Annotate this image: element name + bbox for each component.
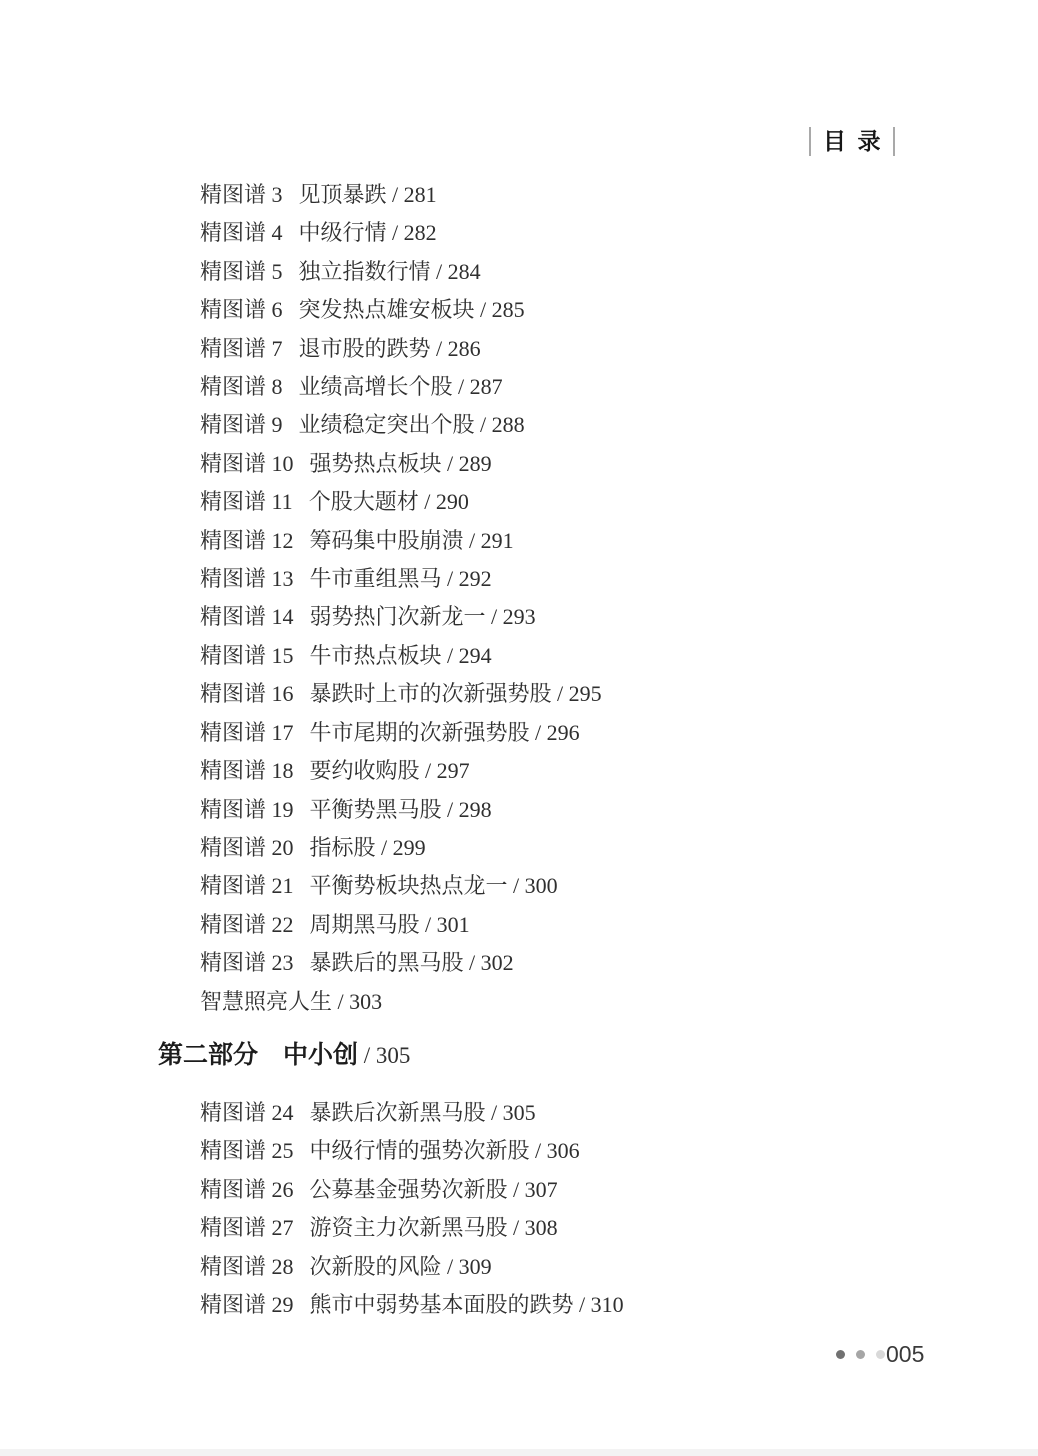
toc-entry-separator: / xyxy=(442,451,459,476)
toc-entry-label: 精图谱 27 xyxy=(200,1215,294,1240)
toc-entry-title: 游资主力次新黑马股 xyxy=(310,1215,508,1240)
toc-entry-page: 299 xyxy=(393,835,426,860)
toc-entry-label: 精图谱 6 xyxy=(200,297,283,322)
toc-entry-page: 289 xyxy=(459,451,492,476)
toc-entry-title: 周期黑马股 xyxy=(310,912,420,937)
toc-entry-title: 强势热点板块 xyxy=(310,451,442,476)
toc-entry-title: 业绩高增长个股 xyxy=(299,374,453,399)
toc-entry-separator: / xyxy=(420,912,437,937)
toc-entry: 精图谱 3见顶暴跌 / 281 xyxy=(200,176,602,214)
toc-entry-page: 294 xyxy=(459,643,492,668)
toc-entry-page: 306 xyxy=(547,1138,580,1163)
toc-entry-title: 中级行情的强势次新股 xyxy=(310,1138,530,1163)
toc-entry-title: 业绩稳定突出个股 xyxy=(299,412,475,437)
toc-entry-label: 精图谱 18 xyxy=(200,758,294,783)
toc-entry-page: 307 xyxy=(525,1177,558,1202)
toc-entry-separator: / xyxy=(464,950,481,975)
toc-entry-title: 公募基金强势次新股 xyxy=(310,1177,508,1202)
progress-dot-icon xyxy=(856,1350,865,1359)
toc-entry-page: 281 xyxy=(404,182,437,207)
toc-entry-page: 302 xyxy=(481,950,514,975)
toc-entry: 精图谱 13牛市重组黑马 / 292 xyxy=(200,560,602,598)
toc-entry: 精图谱 24暴跌后次新黑马股 / 305 xyxy=(200,1094,624,1132)
section2-label: 第二部分 xyxy=(158,1041,258,1069)
toc-entry-separator: / xyxy=(387,182,404,207)
toc-entry-page: 286 xyxy=(448,336,481,361)
toc-entry-title: 智慧照亮人生 xyxy=(200,989,332,1014)
toc-entry: 精图谱 19平衡势黑马股 / 298 xyxy=(200,791,602,829)
toc-entry-label: 精图谱 29 xyxy=(200,1292,294,1317)
folio-page-number: 005 xyxy=(886,1343,924,1366)
toc-entry-page: 310 xyxy=(591,1292,624,1317)
toc-entry-page: 287 xyxy=(470,374,503,399)
toc-entry-page: 285 xyxy=(492,297,525,322)
toc-entry-label: 精图谱 26 xyxy=(200,1177,294,1202)
page-bottom-edge xyxy=(0,1449,1038,1456)
toc-entry-label: 精图谱 12 xyxy=(200,528,294,553)
toc-entry-title: 指标股 xyxy=(310,835,376,860)
toc-entry-label: 精图谱 14 xyxy=(200,604,294,629)
section2-title: 中小创 xyxy=(283,1041,358,1069)
toc-entry: 精图谱 14弱势热门次新龙一 / 293 xyxy=(200,598,602,636)
toc-entry: 精图谱 26公募基金强势次新股 / 307 xyxy=(200,1171,624,1209)
toc-entry-label: 精图谱 23 xyxy=(200,950,294,975)
toc-entry: 精图谱 22周期黑马股 / 301 xyxy=(200,906,602,944)
toc-entry-page: 292 xyxy=(459,566,492,591)
toc-entry-label: 精图谱 21 xyxy=(200,873,294,898)
section2-header: 第二部分中小创 / 305 xyxy=(158,1040,410,1071)
toc-entry-label: 精图谱 8 xyxy=(200,374,283,399)
toc-entry-label: 精图谱 11 xyxy=(200,489,293,514)
toc-entry-separator: / xyxy=(486,1100,503,1125)
toc-entry-title: 独立指数行情 xyxy=(299,259,431,284)
toc-entry-label: 精图谱 24 xyxy=(200,1100,294,1125)
toc-entry-separator: / xyxy=(376,835,393,860)
toc-entry-title: 个股大题材 xyxy=(309,489,419,514)
toc-entry: 精图谱 7退市股的跌势 / 286 xyxy=(200,330,602,368)
toc-entry-label: 精图谱 5 xyxy=(200,259,283,284)
toc-entry: 智慧照亮人生 / 303 xyxy=(200,983,602,1021)
toc-entry-separator: / xyxy=(530,1138,547,1163)
toc-entry: 精图谱 11个股大题材 / 290 xyxy=(200,483,602,521)
running-head-title: 目 录 xyxy=(823,130,881,153)
toc-entry: 精图谱 28次新股的风险 / 309 xyxy=(200,1248,624,1286)
toc-entry-label: 精图谱 9 xyxy=(200,412,283,437)
toc-entry: 精图谱 27游资主力次新黑马股 / 308 xyxy=(200,1209,624,1247)
toc-entry-separator: / xyxy=(332,989,349,1014)
toc-entry-label: 精图谱 10 xyxy=(200,451,294,476)
toc-entry: 精图谱 16暴跌时上市的次新强势股 / 295 xyxy=(200,675,602,713)
toc-entry-title: 中级行情 xyxy=(299,220,387,245)
toc-entry-title: 筹码集中股崩溃 xyxy=(310,528,464,553)
progress-dot-icon xyxy=(876,1350,885,1359)
toc-part1-list: 精图谱 3见顶暴跌 / 281精图谱 4中级行情 / 282精图谱 5独立指数行… xyxy=(200,176,602,1021)
toc-entry-page: 293 xyxy=(503,604,536,629)
running-head: 目 录 xyxy=(809,127,895,156)
toc-entry-separator: / xyxy=(552,681,569,706)
toc-entry-separator: / xyxy=(442,797,459,822)
toc-entry-title: 要约收购股 xyxy=(310,758,420,783)
toc-entry-separator: / xyxy=(431,259,448,284)
toc-entry: 精图谱 6突发热点雄安板块 / 285 xyxy=(200,291,602,329)
toc-entry-title: 牛市重组黑马 xyxy=(310,566,442,591)
toc-entry-separator: / xyxy=(464,528,481,553)
toc-entry-title: 次新股的风险 xyxy=(310,1254,442,1279)
toc-entry-separator: / xyxy=(486,604,503,629)
toc-entry-label: 精图谱 17 xyxy=(200,720,294,745)
toc-entry-label: 精图谱 22 xyxy=(200,912,294,937)
toc-entry-page: 290 xyxy=(436,489,469,514)
toc-entry-separator: / xyxy=(508,1215,525,1240)
toc-entry-title: 牛市热点板块 xyxy=(310,643,442,668)
toc-entry-title: 突发热点雄安板块 xyxy=(299,297,475,322)
toc-entry-label: 精图谱 15 xyxy=(200,643,294,668)
toc-entry: 精图谱 8业绩高增长个股 / 287 xyxy=(200,368,602,406)
toc-entry-separator: / xyxy=(574,1292,591,1317)
toc-entry-separator: / xyxy=(508,873,525,898)
toc-entry-label: 精图谱 19 xyxy=(200,797,294,822)
toc-entry: 精图谱 9业绩稳定突出个股 / 288 xyxy=(200,406,602,444)
toc-entry-page: 300 xyxy=(525,873,558,898)
toc-entry: 精图谱 23暴跌后的黑马股 / 302 xyxy=(200,944,602,982)
toc-entry: 精图谱 12筹码集中股崩溃 / 291 xyxy=(200,522,602,560)
toc-entry-title: 退市股的跌势 xyxy=(299,336,431,361)
toc-entry-separator: / xyxy=(530,720,547,745)
section2-page: / 305 xyxy=(358,1043,410,1068)
toc-entry-page: 291 xyxy=(481,528,514,553)
toc-entry-separator: / xyxy=(453,374,470,399)
toc-entry-label: 精图谱 25 xyxy=(200,1138,294,1163)
toc-entry-separator: / xyxy=(431,336,448,361)
toc-entry-page: 305 xyxy=(503,1100,536,1125)
toc-entry-label: 精图谱 3 xyxy=(200,182,283,207)
toc-entry-separator: / xyxy=(420,758,437,783)
toc-entry-page: 308 xyxy=(525,1215,558,1240)
footer-progress-dots xyxy=(836,1350,885,1359)
toc-entry-page: 284 xyxy=(448,259,481,284)
toc-entry: 精图谱 17牛市尾期的次新强势股 / 296 xyxy=(200,714,602,752)
toc-entry-page: 296 xyxy=(547,720,580,745)
toc-entry-title: 见顶暴跌 xyxy=(299,182,387,207)
toc-entry-separator: / xyxy=(508,1177,525,1202)
toc-entry: 精图谱 21平衡势板块热点龙一 / 300 xyxy=(200,867,602,905)
toc-entry-separator: / xyxy=(442,566,459,591)
toc-entry-page: 295 xyxy=(569,681,602,706)
toc-entry-title: 弱势热门次新龙一 xyxy=(310,604,486,629)
toc-entry-title: 熊市中弱势基本面股的跌势 xyxy=(310,1292,574,1317)
toc-entry: 精图谱 5独立指数行情 / 284 xyxy=(200,253,602,291)
toc-entry-label: 精图谱 16 xyxy=(200,681,294,706)
toc-entry: 精图谱 25中级行情的强势次新股 / 306 xyxy=(200,1132,624,1170)
toc-entry-separator: / xyxy=(442,643,459,668)
toc-entry-page: 297 xyxy=(437,758,470,783)
toc-entry-title: 暴跌后的黑马股 xyxy=(310,950,464,975)
toc-entry-separator: / xyxy=(475,297,492,322)
toc-entry-separator: / xyxy=(387,220,404,245)
toc-entry-label: 精图谱 13 xyxy=(200,566,294,591)
toc-entry-page: 301 xyxy=(437,912,470,937)
toc-entry-title: 暴跌时上市的次新强势股 xyxy=(310,681,552,706)
toc-entry: 精图谱 20指标股 / 299 xyxy=(200,829,602,867)
toc-entry-page: 309 xyxy=(459,1254,492,1279)
toc-entry: 精图谱 18要约收购股 / 297 xyxy=(200,752,602,790)
toc-entry-page: 303 xyxy=(349,989,382,1014)
toc-entry-separator: / xyxy=(475,412,492,437)
toc-entry-page: 298 xyxy=(459,797,492,822)
toc-entry-separator: / xyxy=(442,1254,459,1279)
toc-entry: 精图谱 4中级行情 / 282 xyxy=(200,214,602,252)
toc-entry-title: 暴跌后次新黑马股 xyxy=(310,1100,486,1125)
toc-entry: 精图谱 15牛市热点板块 / 294 xyxy=(200,637,602,675)
toc-entry-label: 精图谱 7 xyxy=(200,336,283,361)
toc-entry-page: 288 xyxy=(492,412,525,437)
toc-entry-label: 精图谱 4 xyxy=(200,220,283,245)
toc-entry-title: 平衡势板块热点龙一 xyxy=(310,873,508,898)
toc-entry: 精图谱 10强势热点板块 / 289 xyxy=(200,445,602,483)
toc-entry-label: 精图谱 20 xyxy=(200,835,294,860)
toc-entry-title: 平衡势黑马股 xyxy=(310,797,442,822)
progress-dot-icon xyxy=(836,1350,845,1359)
toc-entry-label: 精图谱 28 xyxy=(200,1254,294,1279)
toc-entry: 精图谱 29熊市中弱势基本面股的跌势 / 310 xyxy=(200,1286,624,1324)
toc-entry-title: 牛市尾期的次新强势股 xyxy=(310,720,530,745)
toc-entry-page: 282 xyxy=(404,220,437,245)
toc-part2-list: 精图谱 24暴跌后次新黑马股 / 305精图谱 25中级行情的强势次新股 / 3… xyxy=(200,1094,624,1324)
toc-entry-separator: / xyxy=(419,489,436,514)
